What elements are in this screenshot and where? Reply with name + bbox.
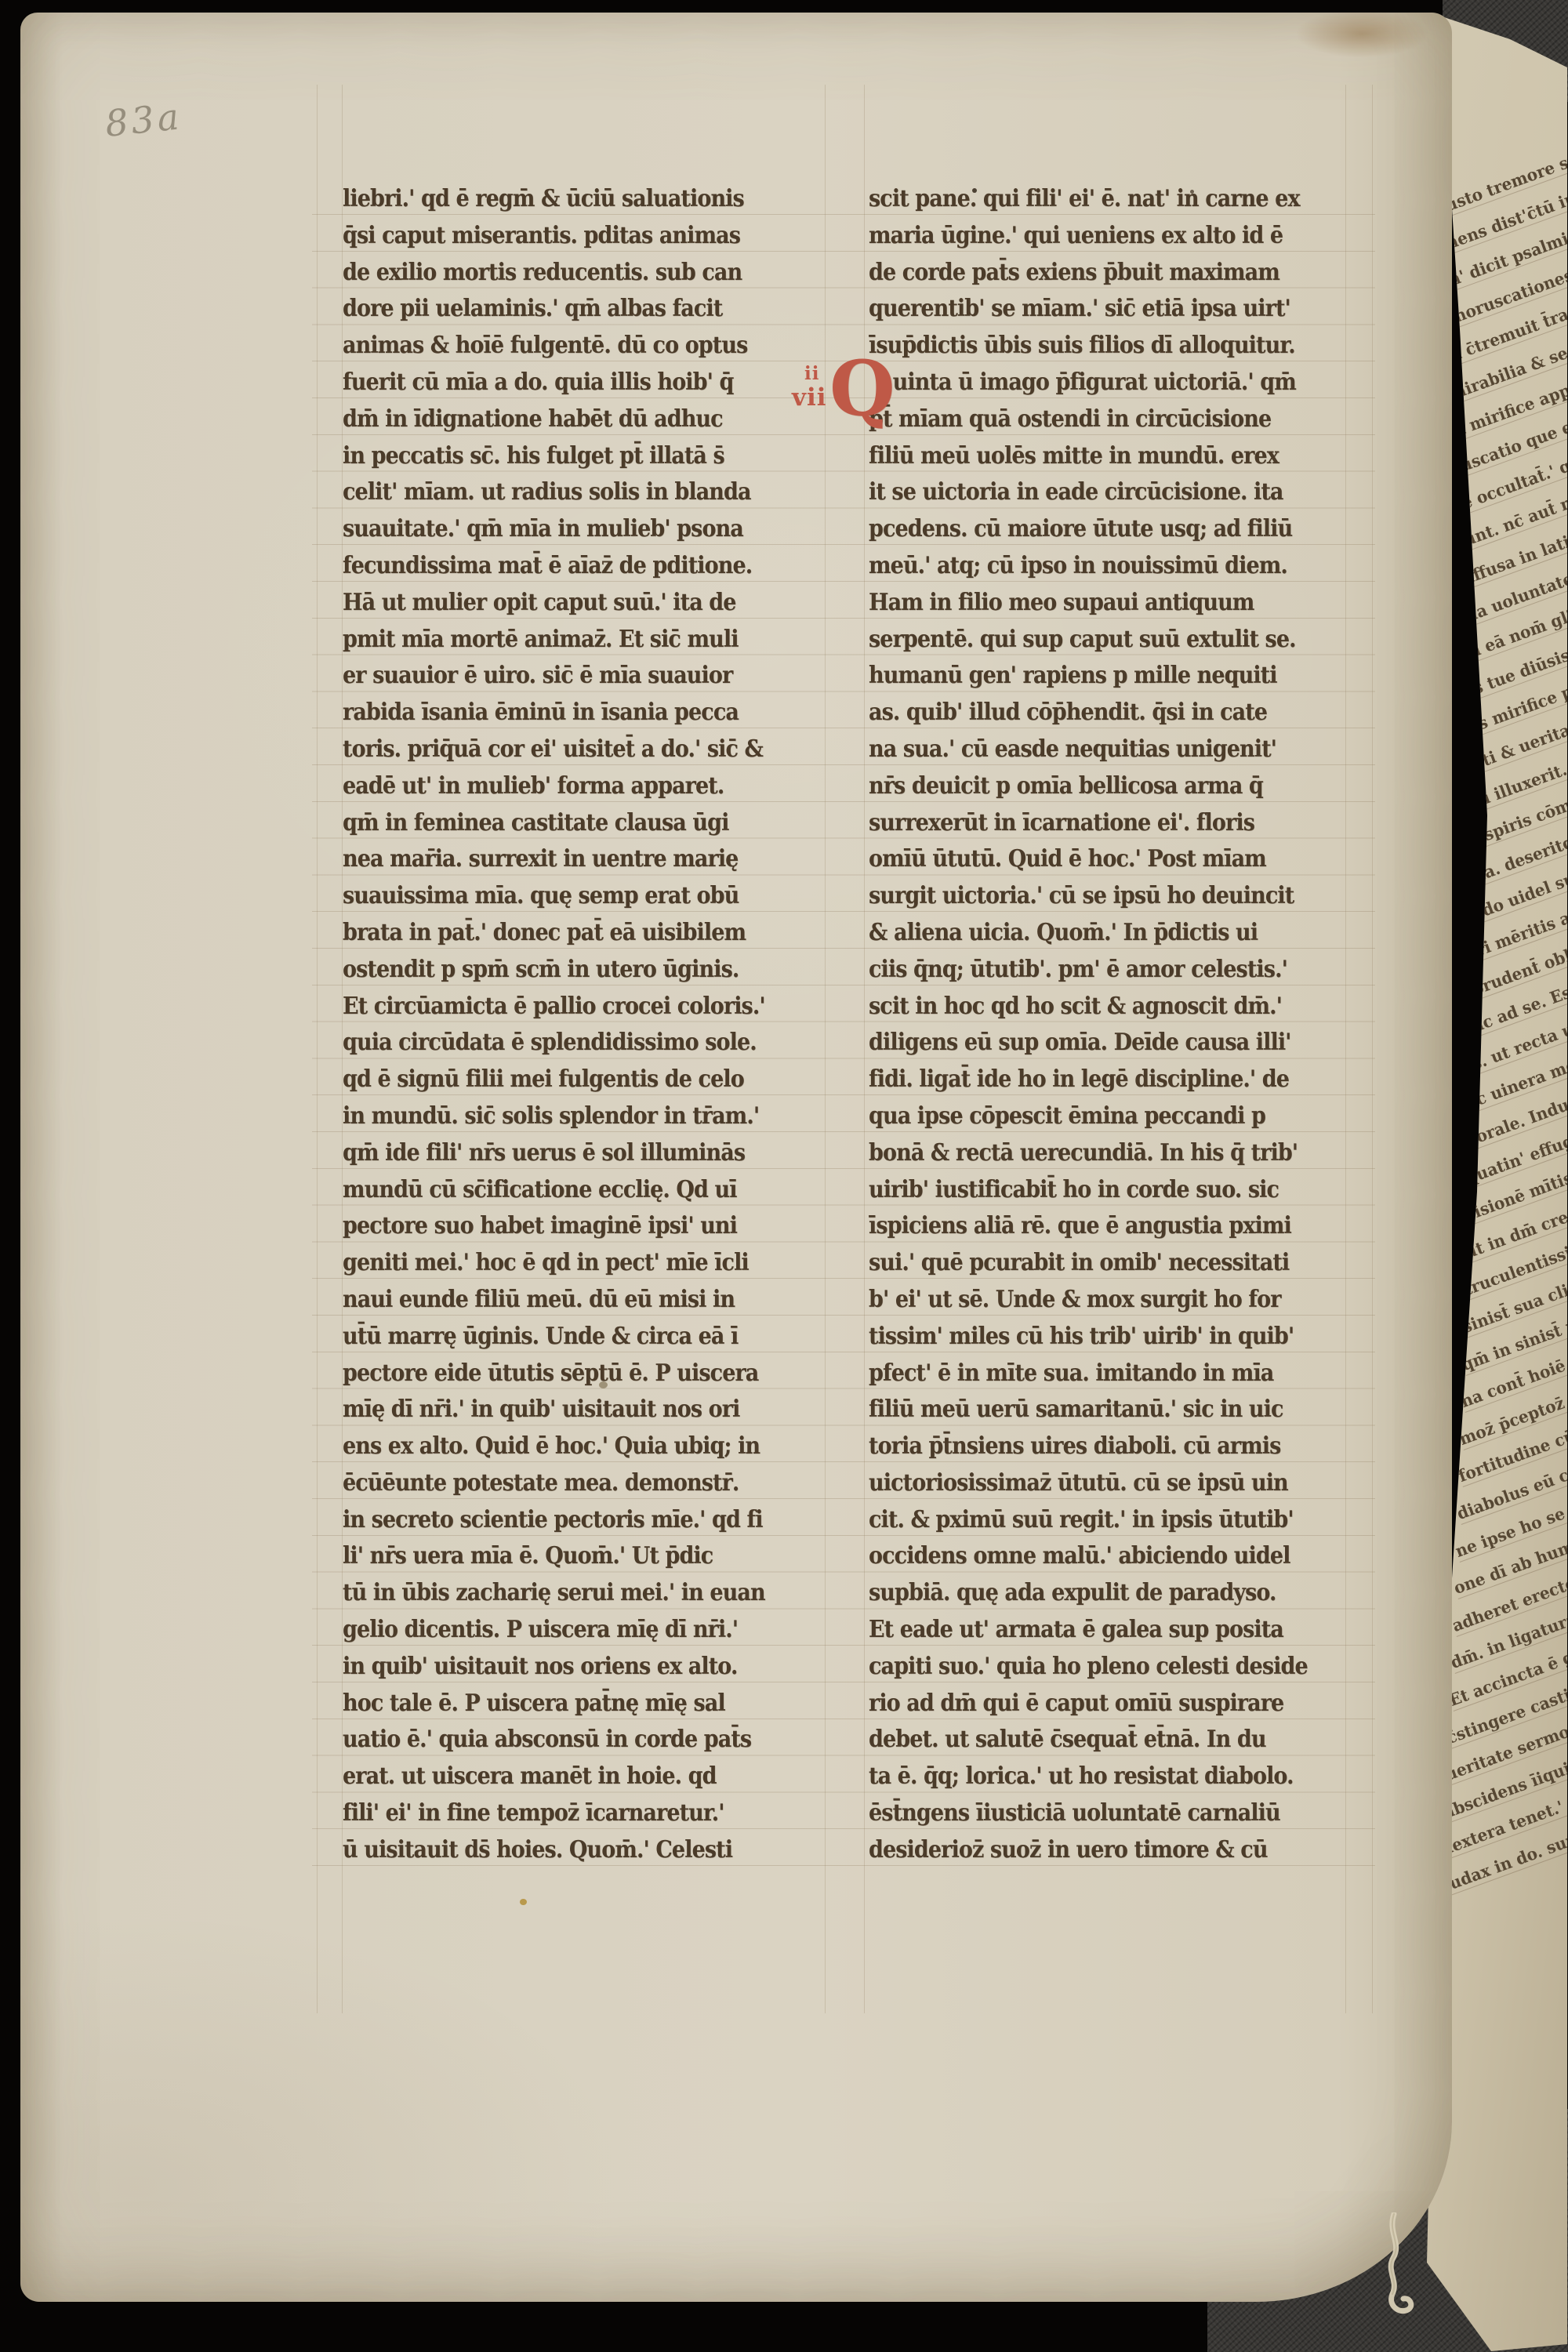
text-line-right-27: bonā & rectā uerecundiā. In his q̄ trib' — [869, 1139, 1306, 1176]
margin-numeral-ii: ii — [804, 365, 819, 383]
text-line-right-6: uinta ū imago p̄figurat uictoriā.' qm̄ — [869, 368, 1306, 405]
text-line-left-45: fili' ei' in fine tempoz̄ īcarnaretur.' — [343, 1799, 766, 1836]
text-line-right-7: pt̄ mīam quā ostendi in circūcisione — [869, 405, 1306, 442]
text-line-left-42: hoc tale ē. P uiscera pat̄nę mīę sal — [343, 1690, 766, 1726]
text-line-right-15: as. quib' illud cōp̄hendit. q̄si in cate — [869, 699, 1306, 735]
text-line-left-27: qm̄ ide fili' nr̄s uerus ē sol illuminās — [343, 1139, 766, 1176]
text-line-right-39: supbiā. quę ada expulit de paradyso. — [869, 1579, 1306, 1616]
text-line-left-32: ut̄ū marrę ūginis. Unde & circa eā ī — [343, 1323, 766, 1359]
text-line-left-34: mīę dī nr̄i.' in quib' uisitauit nos ori — [343, 1396, 766, 1432]
text-line-right-43: debet. ut salutē c̄sequat̄ et̄nā. In du — [869, 1726, 1306, 1762]
text-line-left-36: ēcūēunte potestate mea. demonstr̄. — [343, 1469, 766, 1506]
text-line-left-6: fuerit cū mīa a do. quia illis hoib' q̄ — [343, 368, 766, 405]
text-line-left-5: animas & hoīē fulgentē. dū co optus — [343, 332, 766, 368]
folio-number: 83a — [103, 95, 183, 145]
text-line-right-38: occidens omne malū.' abiciendo uidel — [869, 1542, 1306, 1579]
text-line-left-22: ostendit p spm̄ scm̄ in utero ūginis. — [343, 956, 766, 993]
vertical-rule — [1372, 85, 1373, 2013]
text-line-right-44: ta ē. q̄q; lorica.' ut ho resistat diabo… — [869, 1762, 1306, 1799]
text-line-left-25: qd ē signū filii mei fulgentis de celo — [343, 1065, 766, 1102]
text-line-left-17: eadē ut' in mulieb' forma apparet. — [343, 772, 766, 809]
text-line-right-17: nr̄s deuicit p omīa bellicosa arma q̄ — [869, 772, 1306, 809]
text-line-left-12: Hā ut mulier opit caput suū.' ita de — [343, 589, 766, 626]
text-line-right-34: filiū meū uerū samaritanū.' sic in uic — [869, 1396, 1306, 1432]
text-line-left-29: pectore suo habet imaginē ipsi' uni — [343, 1212, 766, 1249]
text-line-right-23: scit in hoc qd ho scit & agnoscit dm̄.' — [869, 993, 1306, 1029]
text-line-left-10: suauitate.' qm̄ mīa in mulieb' psona — [343, 515, 766, 552]
rubric-initial-Q: Q — [829, 351, 895, 426]
text-line-left-14: er suauior ē uiro. sic̄ ē mīa suauior — [343, 662, 766, 699]
text-line-left-39: tū in ūbis zacharię serui mei.' in euan — [343, 1579, 766, 1616]
text-line-left-11: fecundissima mat̄ ē aīaz̄ de pditione. — [343, 552, 766, 589]
text-line-right-19: omīū ūtutū. Quid ē hoc.' Post mīam — [869, 845, 1306, 882]
text-line-right-5: īsup̄dictis ūbis suis filios dī alloquit… — [869, 332, 1306, 368]
text-line-left-18: qm̄ in feminea castitate clausa ūgi — [343, 809, 766, 846]
text-line-left-40: gelio dicentis. P uiscera mīę dī nr̄i.' — [343, 1616, 766, 1653]
text-line-right-9: it se uictoria in eade circūcisione. ita — [869, 478, 1306, 515]
text-line-left-15: rabida īsania ēminū in īsania pecca — [343, 699, 766, 735]
text-line-right-45: ēst̄ngens īiusticiā uoluntatē carnaliū — [869, 1799, 1306, 1836]
text-line-left-16: toris. priq̄uā cor ei' uisitet̄ a do.' s… — [343, 735, 766, 772]
text-line-right-29: īspiciens aliā rē. que ē angustia pximi — [869, 1212, 1306, 1249]
text-line-right-36: uictoriosissimaz̄ ūtutū. cū se ipsū uin — [869, 1469, 1306, 1506]
text-line-right-20: surgit uictoria.' cū se ipsū ho deuincit — [869, 882, 1306, 919]
text-line-right-16: na sua.' cū easde nequitias unigenit' — [869, 735, 1306, 772]
text-line-left-41: in quib' uisitauit nos oriens ex alto. — [343, 1653, 766, 1690]
text-line-right-46: desiderioz̄ suoz̄ in uero timore & cū — [869, 1836, 1306, 1873]
text-line-left-38: li' nr̄s uera mīa ē. Quom̄.' Ut p̄dic — [343, 1542, 766, 1579]
text-line-left-44: erat. ut uiscera manēt in hoie. qd — [343, 1762, 766, 1799]
text-line-left-23: Et circūamicta ē pallio crocei coloris.' — [343, 993, 766, 1029]
text-line-left-1: liebri.' qd ē regm̄ & ūciū saluationis — [343, 185, 766, 222]
text-line-left-33: pectore eide ūtutis sēptū ē. P uiscera — [343, 1359, 766, 1396]
text-line-right-14: humanū gen' rapiens p mille nequiti — [869, 662, 1306, 699]
text-line-left-21: brata in pat̄.' donec pat̄ eā uisibilem — [343, 919, 766, 956]
text-line-right-13: serpentē. qui sup caput suū extulit se. — [869, 626, 1306, 662]
text-column-left: liebri.' qd ē regm̄ & ūciū saluationisq̄… — [343, 185, 813, 1873]
text-line-right-12: Ham in filio meo supaui antiquum — [869, 589, 1306, 626]
text-line-right-18: surrexerūt in īcarnatione ei'. floris — [869, 809, 1306, 846]
text-line-left-9: celit' mīam. ut radius solis in blanda — [343, 478, 766, 515]
text-line-right-2: maria ūgine.' qui ueniens ex alto id ē — [869, 222, 1306, 259]
text-line-left-4: dore pii uelaminis.' qm̄ albas facit — [343, 295, 766, 332]
text-line-right-25: fidi. ligat̄ ide ho in legē discipline.'… — [869, 1065, 1306, 1102]
text-line-left-37: in secreto scientie pectoris mīe.' qd fi — [343, 1506, 766, 1543]
text-line-right-3: de corde pat̄s exiens p̄buit maximam — [869, 259, 1306, 296]
text-line-left-26: in mundū. sic̄ solis splendor in tr̄am.' — [343, 1102, 766, 1139]
manuscript-photo: { "page": { "folio_label": "83a", "initi… — [0, 0, 1568, 2352]
vertical-rule — [317, 85, 318, 2013]
text-line-left-43: uatio ē.' quia absconsū in corde pat̄s — [343, 1726, 766, 1762]
text-line-right-10: pcedens. cū maiore ūtute usq; ad filiū — [869, 515, 1306, 552]
text-line-left-24: quia circūdata ē splendidissimo sole. — [343, 1029, 766, 1065]
text-line-right-11: meū.' atq; cū ipso in nouissimū diem. — [869, 552, 1306, 589]
text-line-left-3: de exilio mortis reducentis. sub can — [343, 259, 766, 296]
vertical-rule — [825, 85, 826, 2013]
text-line-left-19: nea mar̄ia. surrexit in uentre marię — [343, 845, 766, 882]
text-line-left-7: dm̄ in īdignatione habēt dū adhuc — [343, 405, 766, 442]
text-line-right-1: scit pane. qui fili' ei' ē. nat' in carn… — [869, 185, 1306, 222]
text-line-left-30: geniti mei.' hoc ē qd in pect' mīe īcli — [343, 1249, 766, 1286]
text-line-left-13: pmit mīa mortē animaz̄. Et sic̄ muli — [343, 626, 766, 662]
text-line-left-2: q̄si caput miserantis. pditas animas — [343, 222, 766, 259]
text-line-right-33: pfect' ē in mīte sua. imitando in mīa — [869, 1359, 1306, 1396]
text-line-right-8: filiū meū uolēs mitte in mundū. erex — [869, 442, 1306, 479]
text-line-right-40: Et eade ut' armata ē galea sup posita — [869, 1616, 1306, 1653]
text-line-right-37: cit. & pximū suū regit.' in ipsis ūtutib… — [869, 1506, 1306, 1543]
binding-thread — [1367, 2212, 1438, 2330]
text-line-right-26: qua ipse cōpescit ēmina peccandi p — [869, 1102, 1306, 1139]
text-line-left-35: ens ex alto. Quid ē hoc.' Quia ubiq; in — [343, 1432, 766, 1469]
text-line-right-32: tissim' miles cū his trib' uirib' in qui… — [869, 1323, 1306, 1359]
text-line-right-42: rio ad dm̄ qui ē caput omīū suspirare — [869, 1690, 1306, 1726]
text-line-right-35: toria p̄t̄nsiens uires diaboli. cū armis — [869, 1432, 1306, 1469]
text-line-right-21: & aliena uicia. Quom̄.' In p̄dictis ui — [869, 919, 1306, 956]
text-line-right-4: querentib' se mīam.' sic̄ etiā ipsa uirt… — [869, 295, 1306, 332]
text-line-right-30: sui.' quē pcurabit in omib' necessitati — [869, 1249, 1306, 1286]
margin-numeral-vii: vii — [792, 386, 827, 410]
text-line-left-28: mundū cū sc̄ificatione ecclię. Qd uī — [343, 1176, 766, 1213]
text-line-right-31: b' ei' ut sē. Unde & mox surgit ho for — [869, 1286, 1306, 1323]
text-line-left-31: naui eunde filiū meū. dū eū misi in — [343, 1286, 766, 1323]
text-line-left-46: ū uisitauit ds̄ hoies. Quom̄.' Celesti — [343, 1836, 766, 1873]
text-line-right-28: uirib' iustificabit̄ ho in corde suo. si… — [869, 1176, 1306, 1213]
text-line-right-24: diligens eū sup omīa. Deīde causa illi' — [869, 1029, 1306, 1065]
text-column-right: scit pane. qui fili' ei' ē. nat' in carn… — [869, 185, 1355, 1873]
text-line-right-22: ciis q̄nq; ūtutib'. pm' ē amor celestis.… — [869, 956, 1306, 993]
text-line-right-41: capiti suo.' quia ho pleno celesti desid… — [869, 1653, 1306, 1690]
text-line-left-20: suauissima mīa. quę semp erat obū — [343, 882, 766, 919]
text-line-left-8: in peccatis sc̄. his fulget pt̄ illatā s… — [343, 442, 766, 479]
